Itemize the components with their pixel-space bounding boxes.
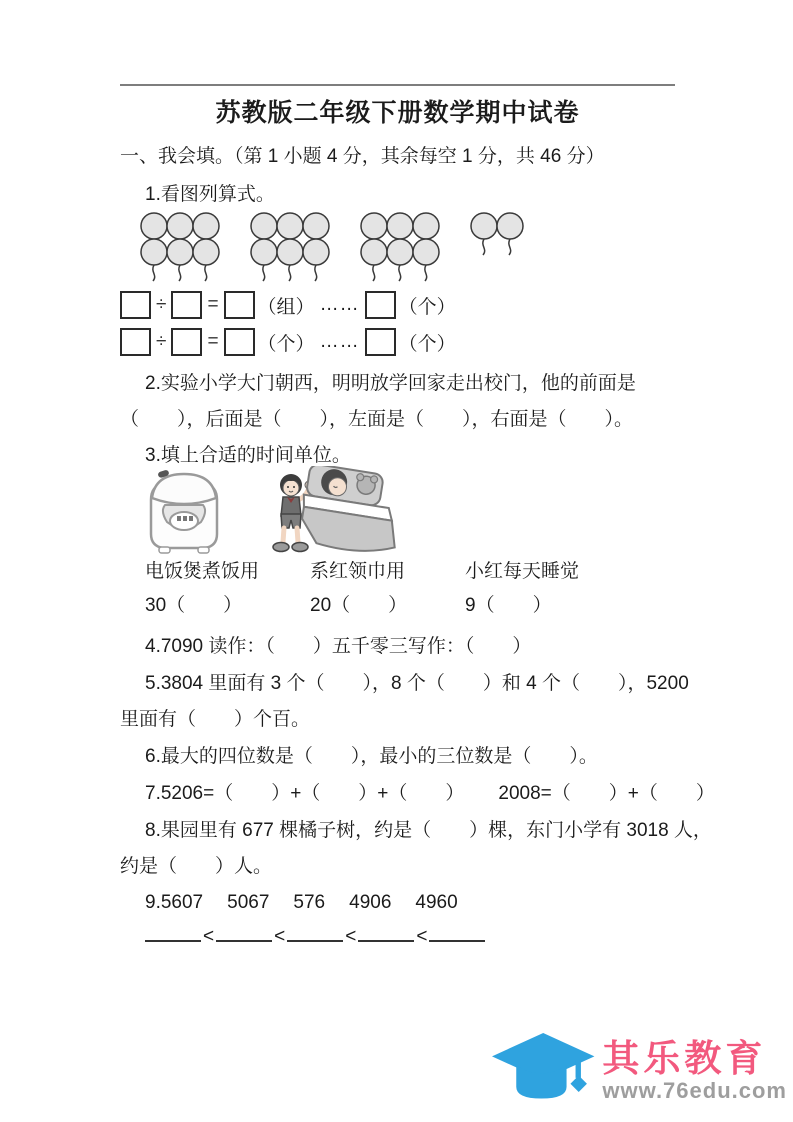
less-than-symbol: <: [343, 926, 358, 947]
answer-box[interactable]: [365, 328, 396, 356]
q6-text: 6.最大的四位数是（ ），最小的三位数是（ ）。: [120, 744, 675, 770]
sleeping-child-illustration: [296, 466, 404, 559]
q3-illustrations-row: [120, 471, 675, 559]
q4-text: 4.7090 读作：（ ）五千零三写作：（ ）: [120, 634, 675, 660]
answer-blank[interactable]: [216, 924, 272, 942]
q9-prefix: 9.: [145, 892, 161, 913]
q3-caption: 小红每天睡觉: [465, 559, 675, 585]
quotient-unit-label: （个）: [258, 329, 315, 356]
remainder-unit-label: （个）: [399, 292, 456, 319]
answer-box[interactable]: [120, 328, 151, 356]
divide-operator: ÷: [154, 294, 168, 316]
less-than-symbol: <: [201, 926, 216, 947]
q3-value-blank[interactable]: 30（ ）: [145, 593, 310, 619]
answer-box[interactable]: [224, 291, 255, 319]
q9-number: 576: [293, 892, 325, 913]
q9-numbers: 9.5607506757649064960: [120, 890, 675, 916]
q5-text-line1: 5.3804 里面有 3 个（ ），8 个（ ）和 4 个（ ），5200: [120, 671, 675, 697]
answer-blank[interactable]: [287, 924, 343, 942]
answer-box[interactable]: [120, 291, 151, 319]
answer-box[interactable]: [171, 328, 202, 356]
answer-box[interactable]: [171, 291, 202, 319]
divide-operator: ÷: [154, 331, 168, 353]
q8-text-line2: 约是（ ）人。: [120, 854, 675, 880]
q1-label: 1.看图列算式。: [120, 182, 675, 208]
brand-name: 其乐教育: [602, 1038, 787, 1080]
less-than-symbol: <: [414, 926, 429, 947]
answer-box[interactable]: [224, 328, 255, 356]
q3-caption: 电饭煲煮饭用: [145, 559, 310, 585]
graduation-cap-icon: [492, 1029, 598, 1112]
q1-equation-row-1: ÷ = （组） …… （个）: [120, 290, 675, 320]
equals-operator: =: [205, 331, 220, 353]
q9-number: 5607: [161, 892, 203, 913]
q1-equation-row-2: ÷ = （个） …… （个）: [120, 327, 675, 357]
equals-operator: =: [205, 294, 220, 316]
rice-cooker-illustration: [145, 468, 223, 559]
remainder-dots: ……: [318, 331, 362, 353]
q7-part2: 2008=（ ）+（ ）: [498, 783, 714, 804]
q5-text-line2: 里面有（ ）个百。: [120, 707, 675, 733]
q8-text-line1: 8.果园里有 677 棵橘子树，约是（ ）棵，东门小学有 3018 人，: [120, 818, 675, 844]
q9-ordering-row: <<<<: [120, 924, 675, 950]
brand-website: www.76edu.com: [602, 1078, 787, 1104]
section-heading: 一、我会填。（第 1 小题 4 分，其余每空 1 分，共 46 分）: [120, 144, 675, 170]
q9-number: 5067: [227, 892, 269, 913]
q2-text-line1: 2.实验小学大门朝西，明明放学回家走出校门，他的前面是: [120, 371, 675, 397]
q3-values-row: 30（ ） 20（ ） 9（ ）: [120, 593, 675, 619]
q3-value-blank[interactable]: 20（ ）: [310, 593, 465, 619]
q3-value-blank[interactable]: 9（ ）: [465, 593, 675, 619]
answer-box[interactable]: [365, 291, 396, 319]
less-than-symbol: <: [272, 926, 287, 947]
header-rule: [120, 84, 675, 86]
answer-blank[interactable]: [145, 924, 201, 942]
remainder-dots: ……: [318, 294, 362, 316]
q3-captions-row: 电饭煲煮饭用 系红领巾用 小红每天睡觉: [120, 559, 675, 585]
q9-number: 4906: [349, 892, 391, 913]
q9-number: 4960: [415, 892, 457, 913]
balloon-groups-illustration: [120, 210, 675, 290]
answer-blank[interactable]: [429, 924, 485, 942]
q2-text-line2: （ ），后面是（ ），左面是（ ），右面是（ ）。: [120, 407, 675, 433]
q7-text: 7.5206=（ ）+（ ）+（ ）2008=（ ）+（ ）: [120, 781, 675, 807]
remainder-unit-label: （个）: [399, 329, 456, 356]
quotient-unit-label: （组）: [258, 292, 315, 319]
exam-page: 苏教版二年级下册数学期中试卷 一、我会填。（第 1 小题 4 分，其余每空 1 …: [120, 96, 675, 950]
q3-caption: 系红领巾用: [310, 559, 465, 585]
brand-logo: 其乐教育 www.76edu.com: [492, 1029, 787, 1112]
answer-blank[interactable]: [358, 924, 414, 942]
page-title: 苏教版二年级下册数学期中试卷: [120, 96, 675, 130]
q7-part1: 7.5206=（ ）+（ ）+（ ）: [145, 783, 464, 804]
